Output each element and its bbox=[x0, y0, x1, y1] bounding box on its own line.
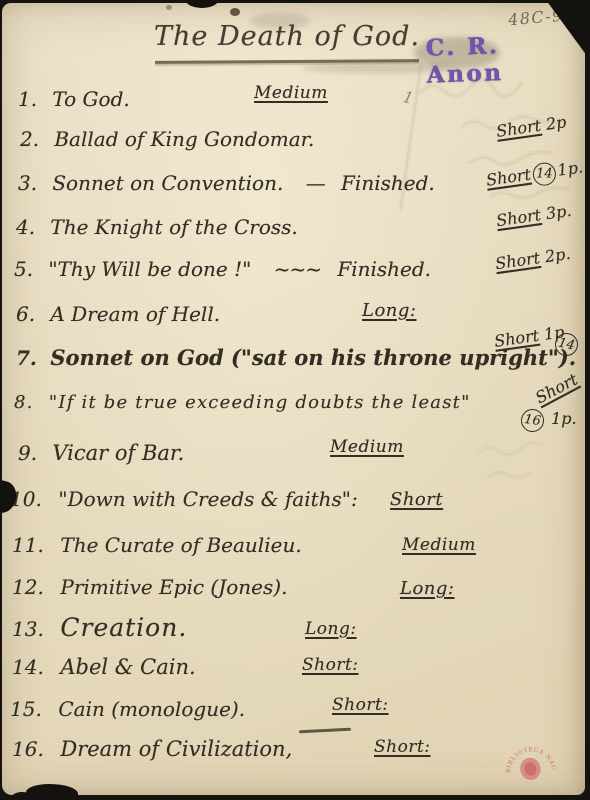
length-label: Short bbox=[532, 370, 581, 408]
length-note: Medium bbox=[330, 437, 404, 457]
item-number: 2. bbox=[20, 127, 48, 151]
list-item: 8. "If it be true exceeding doubts the l… bbox=[14, 392, 471, 413]
item-number: 5. bbox=[14, 257, 42, 281]
page-count: 2p. bbox=[544, 244, 572, 266]
list-item: 2. Ballad of King Gondomar. bbox=[20, 127, 314, 151]
list-item: 14. Abel & Cain. bbox=[12, 655, 196, 679]
item-title: The Knight of the Cross. bbox=[50, 215, 297, 239]
page-count: 1p. bbox=[551, 409, 577, 428]
item-number: 8. bbox=[14, 392, 42, 413]
list-item: 7. Sonnet on God ("sat on his throne upr… bbox=[16, 345, 576, 370]
list-item: 13. Creation. bbox=[12, 613, 187, 642]
length-note: Short: bbox=[302, 655, 359, 675]
item-status: Finished. bbox=[337, 257, 431, 281]
item-number: 3. bbox=[18, 171, 46, 195]
item-dash: ~~~ bbox=[274, 257, 321, 281]
item-title: "Down with Creeds & faiths": bbox=[58, 487, 357, 511]
edge-blot bbox=[12, 792, 32, 800]
length-note: Short: bbox=[332, 695, 389, 715]
item-title: Dream of Civilization, bbox=[60, 737, 292, 761]
foxing-spot bbox=[230, 8, 240, 16]
list-item: 11. The Curate of Beaulieu. bbox=[12, 533, 302, 557]
margin-annotation: 14 bbox=[552, 332, 581, 357]
crossed-out-stroke bbox=[299, 728, 351, 734]
list-item: 16. Dream of Civilization, bbox=[12, 737, 292, 761]
item-title: To God. bbox=[52, 87, 129, 111]
list-item: 15. Cain (monologue). bbox=[10, 697, 245, 721]
list-item: 5. "Thy Will be done !" ~~~ Finished. bbox=[14, 257, 431, 281]
item-status: Finished. bbox=[341, 171, 435, 195]
item-number: 11. bbox=[12, 533, 54, 557]
length-note: Long: bbox=[305, 619, 357, 639]
item-title: Cain (monologue). bbox=[58, 697, 245, 721]
item-title: Abel & Cain. bbox=[60, 655, 195, 679]
item-number: 7. bbox=[16, 346, 44, 370]
list-item: 1. To God. bbox=[18, 87, 130, 111]
length-note: Long: bbox=[400, 578, 454, 599]
page-count: 2p bbox=[545, 112, 568, 134]
cr-anon-stamp: C. R. Anon bbox=[425, 29, 586, 89]
item-title: "Thy Will be done !" bbox=[48, 257, 251, 281]
bleed-through-marks bbox=[472, 433, 582, 493]
item-number: 15. bbox=[10, 697, 52, 721]
page-count: 3p. bbox=[545, 201, 573, 223]
list-item: 3. Sonnet on Convention. — Finished. bbox=[18, 171, 435, 195]
item-title: "If it be true exceeding doubts the leas… bbox=[49, 392, 471, 413]
item-title: Ballad of King Gondomar. bbox=[54, 127, 314, 151]
foxing-spot bbox=[166, 5, 172, 10]
margin-annotation: 16 1p. bbox=[519, 409, 577, 432]
length-note: Medium bbox=[402, 535, 476, 555]
length-note: Medium bbox=[254, 83, 328, 103]
length-note: Short: bbox=[374, 737, 431, 757]
list-item: 4. The Knight of the Cross. bbox=[16, 215, 298, 239]
manuscript-page: The Death of God. C. R. Anon 48C-9 1 1. … bbox=[2, 3, 585, 795]
page-count: 1p. bbox=[556, 157, 584, 179]
page-title: The Death of God. bbox=[154, 21, 420, 52]
circled-number: 14 bbox=[533, 163, 556, 186]
item-number: 1. bbox=[18, 87, 46, 111]
edge-blot bbox=[26, 784, 78, 800]
item-title: A Dream of Hell. bbox=[50, 302, 220, 326]
list-item: 12. Primitive Epic (Jones). bbox=[12, 575, 287, 599]
item-dash: — bbox=[306, 171, 325, 195]
item-number: 14. bbox=[12, 655, 54, 679]
circled-number: 14 bbox=[553, 331, 580, 358]
list-item: 6. A Dream of Hell. bbox=[16, 302, 220, 326]
item-number: 4. bbox=[16, 215, 44, 239]
item-title: Sonnet on Convention. bbox=[52, 171, 283, 195]
item-number: 16. bbox=[12, 737, 54, 761]
length-note: Short bbox=[390, 489, 443, 510]
item-number: 9. bbox=[18, 441, 46, 465]
list-item: 10. "Down with Creeds & faiths": bbox=[10, 487, 358, 511]
margin-annotation: Short bbox=[532, 370, 581, 408]
margin-annotation: Short 2p. bbox=[494, 244, 572, 273]
length-note: Long: bbox=[362, 300, 416, 321]
item-title: Primitive Epic (Jones). bbox=[60, 575, 287, 599]
item-number: 6. bbox=[16, 302, 44, 326]
item-title: Creation. bbox=[60, 613, 187, 642]
item-title: The Curate of Beaulieu. bbox=[60, 533, 301, 557]
item-number: 12. bbox=[12, 575, 54, 599]
length-label: Short bbox=[494, 248, 541, 273]
item-number: 13. bbox=[12, 617, 54, 641]
item-title: Vicar of Bar. bbox=[52, 441, 184, 465]
circled-number: 16 bbox=[520, 408, 546, 434]
list-item: 9. Vicar of Bar. bbox=[18, 441, 184, 465]
library-stamp: BIBLIOTECA NACIONAL bbox=[496, 733, 565, 800]
item-number: 10. bbox=[10, 487, 52, 511]
